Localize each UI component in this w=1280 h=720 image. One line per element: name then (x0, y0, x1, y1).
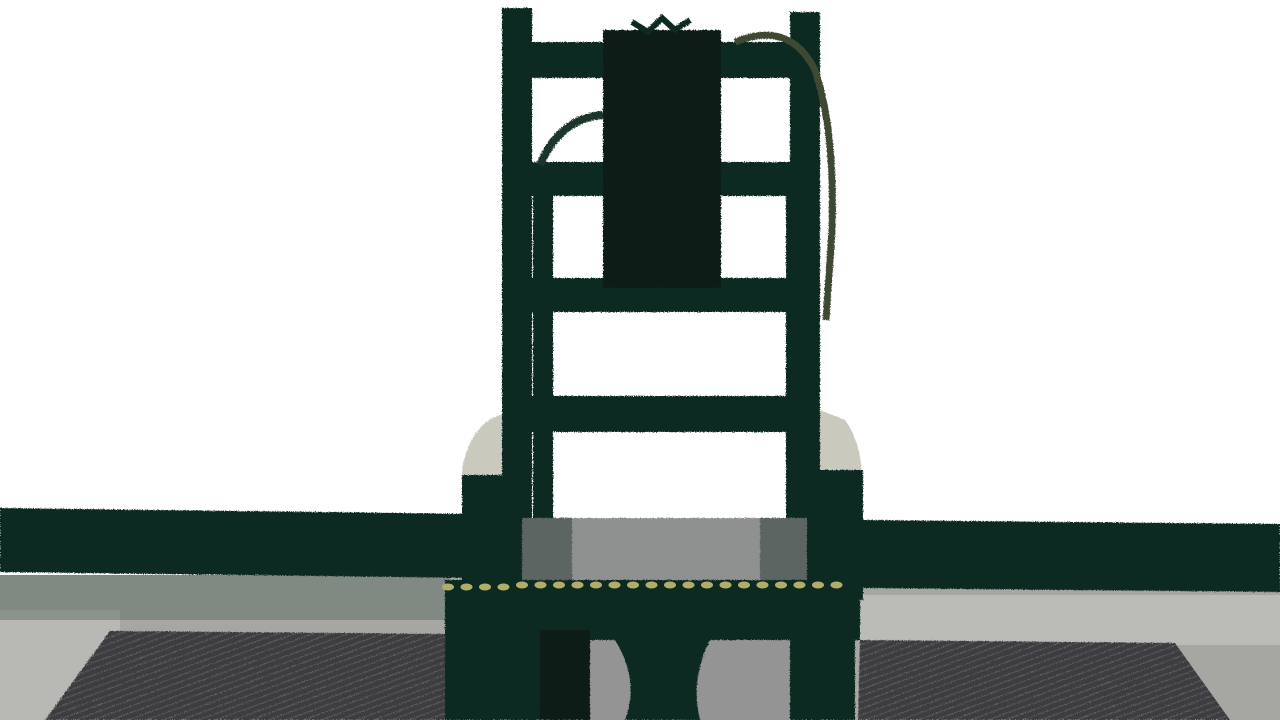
brass-stud (535, 582, 547, 589)
brass-stud (590, 582, 602, 589)
leg-right (790, 620, 855, 720)
brass-stud (757, 582, 769, 589)
leg-left (445, 620, 545, 720)
rail-4 (520, 396, 805, 432)
brass-stud (627, 582, 639, 589)
brass-stud (609, 582, 621, 589)
painting-scene (0, 0, 1280, 720)
brass-stud (553, 582, 565, 589)
brass-stud (646, 582, 658, 589)
chair-painting (0, 0, 1280, 720)
brass-stud (775, 582, 787, 589)
brass-stud (516, 582, 528, 589)
brass-stud (572, 582, 584, 589)
brass-stud (738, 582, 750, 589)
brass-stud (683, 582, 695, 589)
brass-stud (664, 582, 676, 589)
brass-stud (794, 582, 806, 589)
brass-stud (461, 584, 473, 591)
back-post-left (502, 8, 532, 518)
brass-stud (831, 582, 843, 589)
brass-stud (701, 582, 713, 589)
floor-mat-right (858, 640, 1230, 720)
floor-mat-left (45, 631, 450, 720)
brass-stud (812, 582, 824, 589)
brass-stud (720, 582, 732, 589)
brass-stud (479, 584, 491, 591)
brass-stud (442, 584, 454, 591)
headrest-pad (603, 30, 721, 288)
brass-stud (498, 584, 510, 591)
